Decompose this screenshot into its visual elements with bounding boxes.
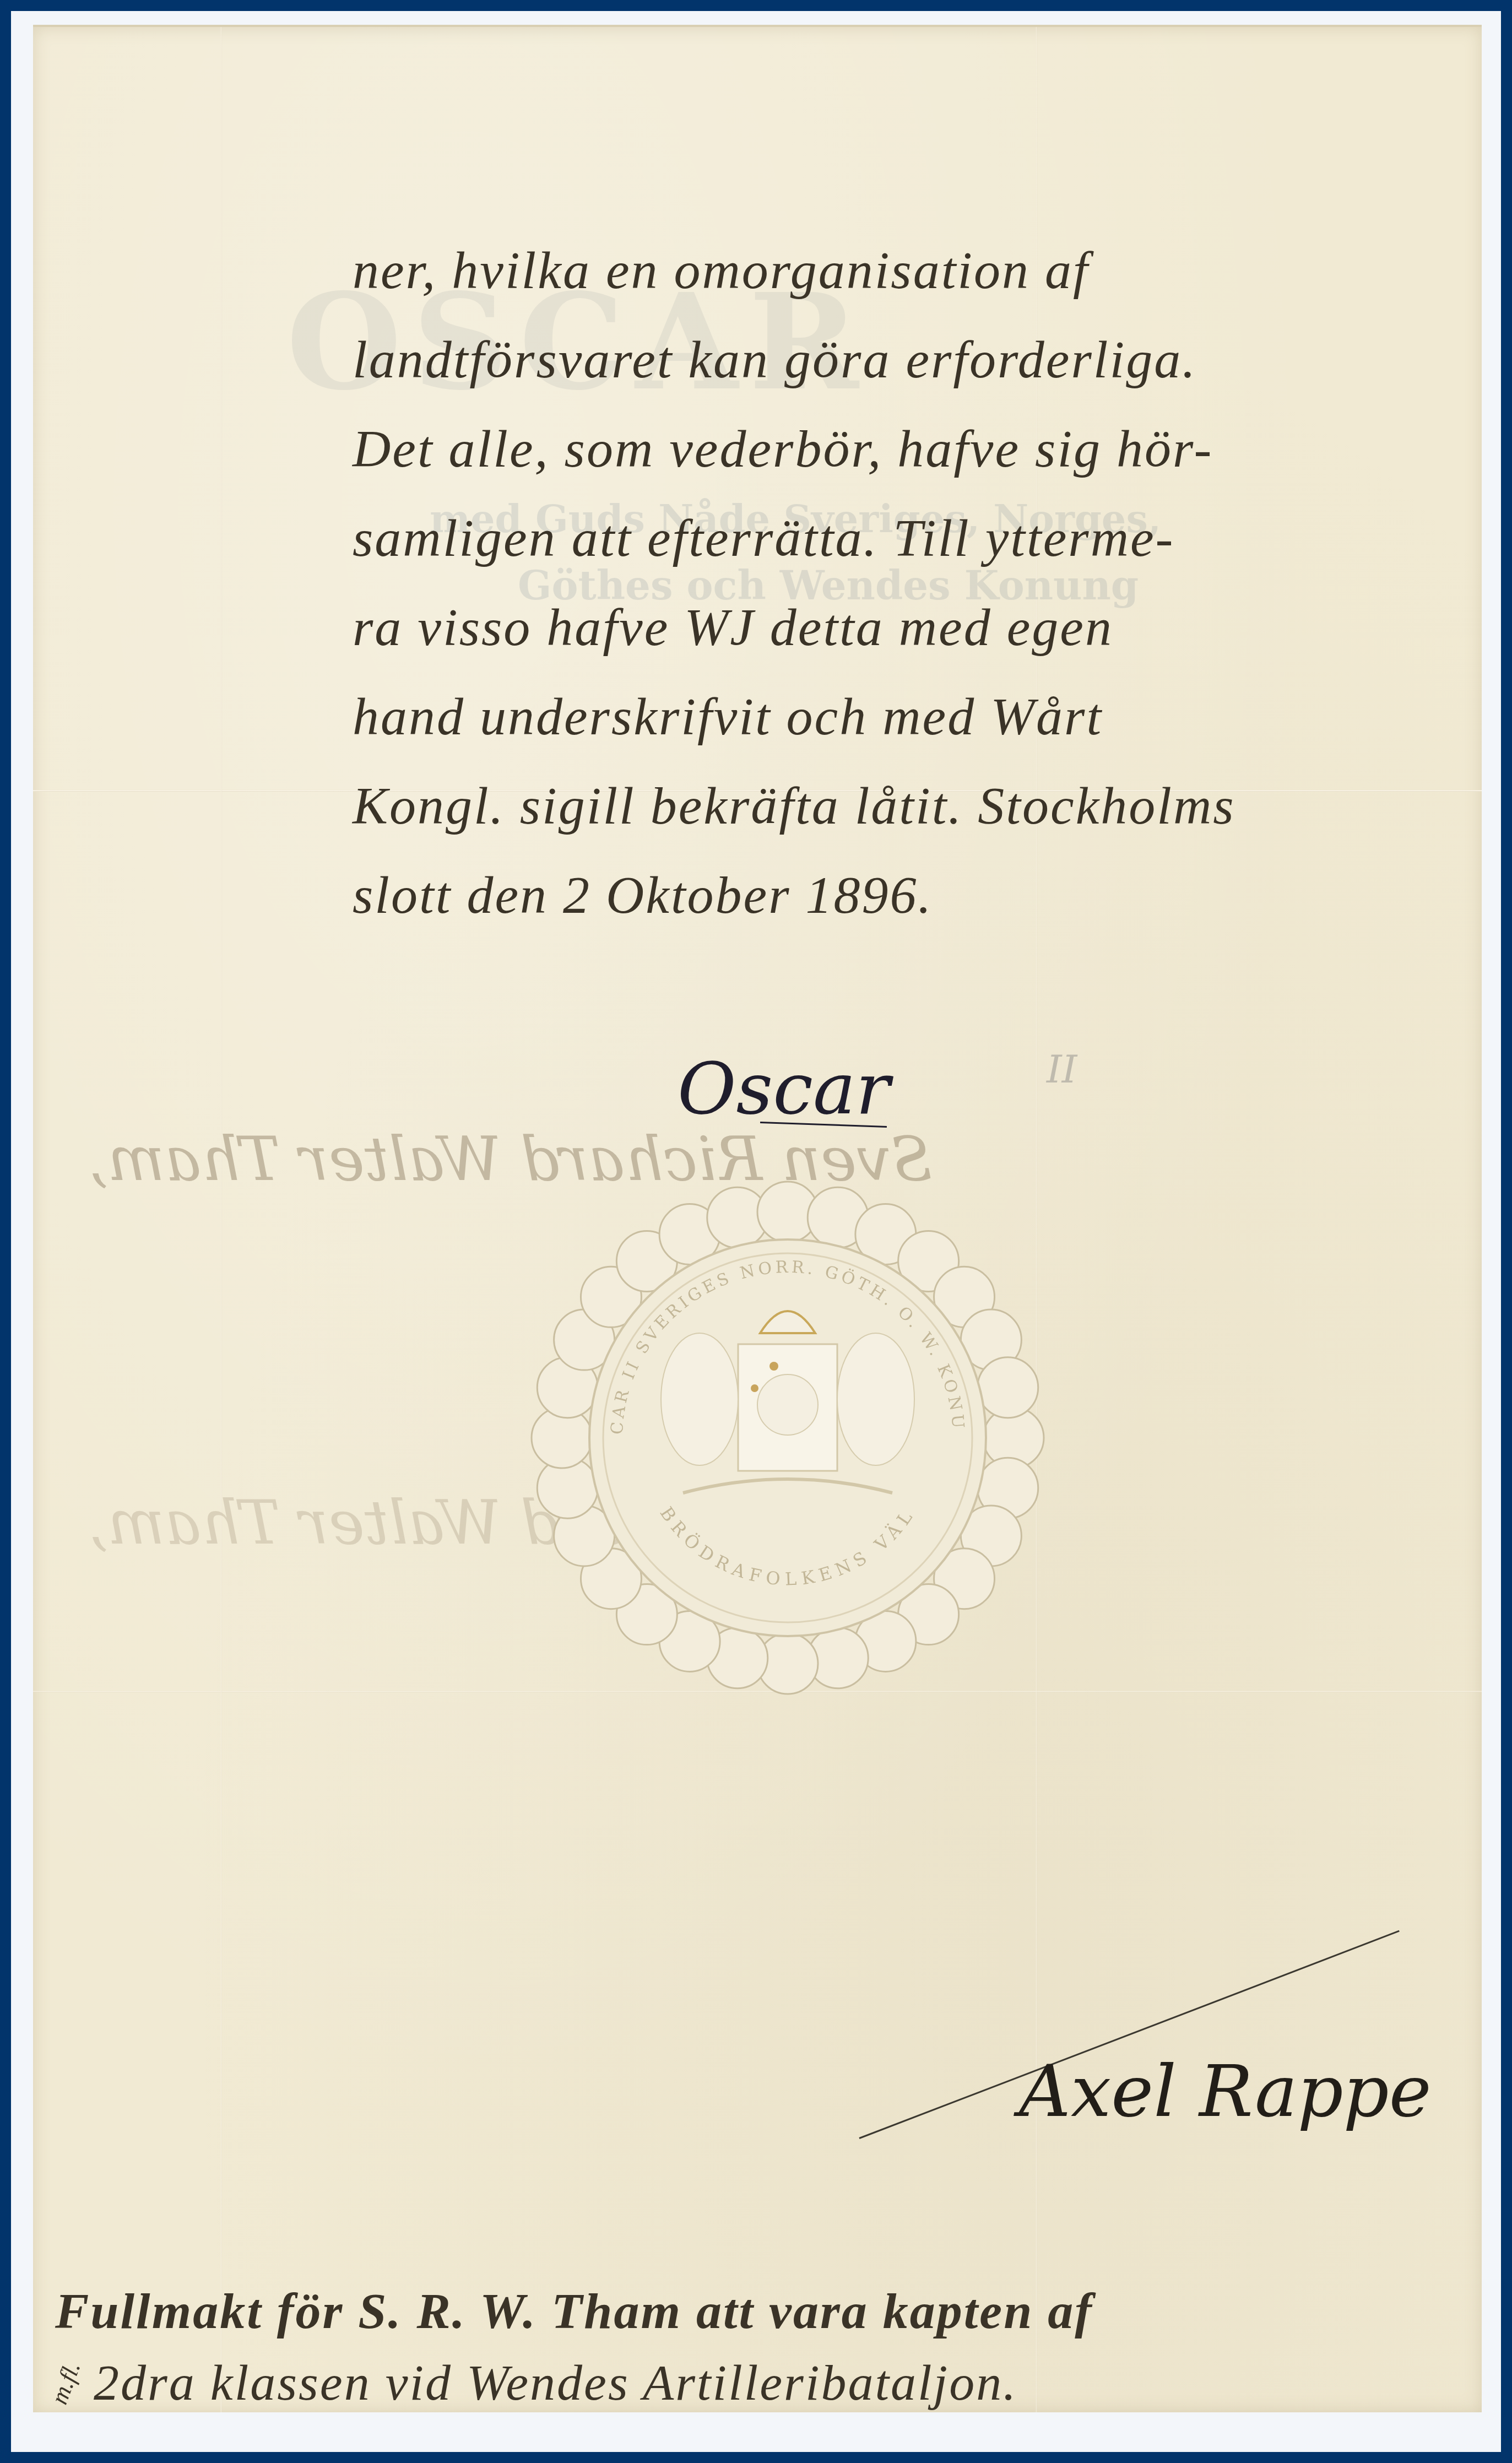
body-line: samligen att efterrätta. Till ytterme- [353, 494, 1482, 583]
embossed-royal-seal-icon: OSCAR II SVERIGES NORR. GÖTH. O. W. KONU… [518, 1168, 1058, 1708]
pencil-mark: II [1047, 1047, 1077, 1092]
handwritten-body: ner, hvilka en omorganisation af landtfö… [353, 226, 1482, 940]
body-line: slott den 2 Oktober 1896. [353, 851, 1482, 940]
body-line: hand underskrifvit och med Wårt [353, 672, 1482, 761]
fold-crease [220, 27, 222, 2412]
body-line: ner, hvilka en omorganisation af [353, 226, 1482, 315]
body-line: Kongl. sigill bekräfta låtit. Stockholms [353, 761, 1482, 851]
endorsement-line: Fullmakt för S. R. W. Tham att vara kapt… [55, 2275, 1093, 2347]
endorsement-line: 2dra klassen vid Wendes Artilleribataljo… [55, 2347, 1093, 2418]
body-line: landtförsvaret kan göra erforderliga. [353, 315, 1482, 404]
royal-signature: Oscar [678, 1047, 890, 1130]
body-line: ra visso hafve WJ detta med egen [353, 583, 1482, 672]
endorsement: Fullmakt för S. R. W. Tham att vara kapt… [55, 2275, 1093, 2418]
countersignature: Axel Rappe [1019, 2049, 1432, 2133]
body-line: Det alle, som vederbör, hafve sig hör- [353, 404, 1482, 494]
